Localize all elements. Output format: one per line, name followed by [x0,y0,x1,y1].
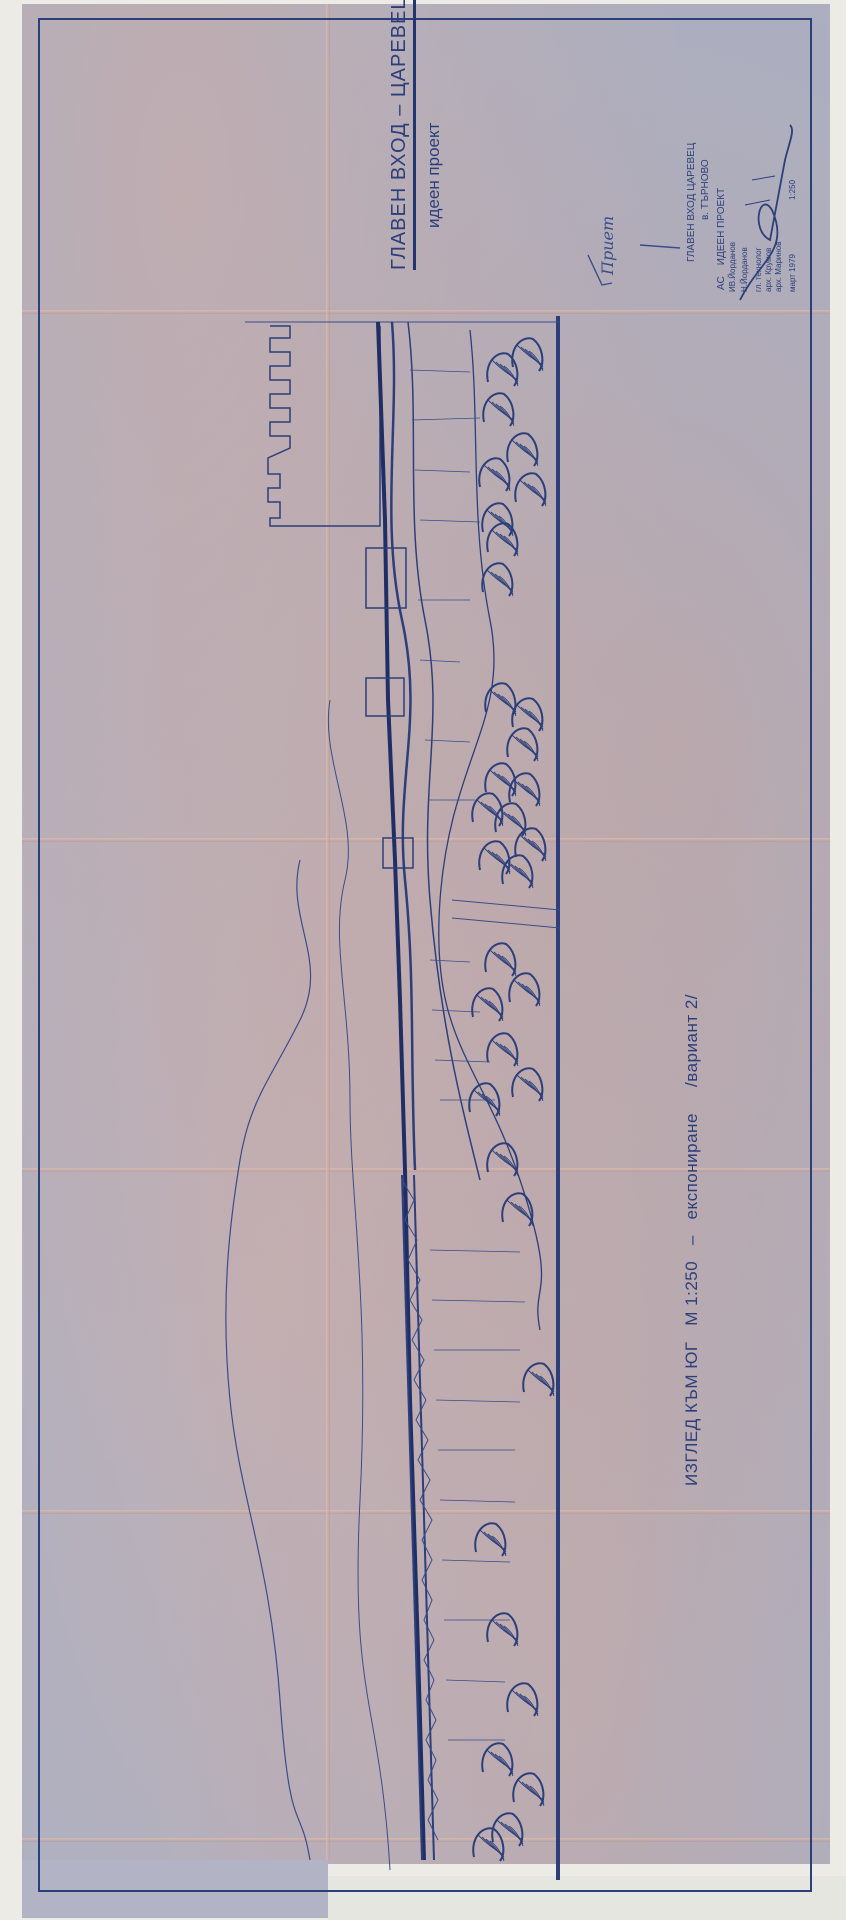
signature-scribble [745,176,775,205]
handwritten-note: Приет [598,216,617,275]
signature-marks [0,0,846,1920]
signature-scribble [740,125,792,300]
